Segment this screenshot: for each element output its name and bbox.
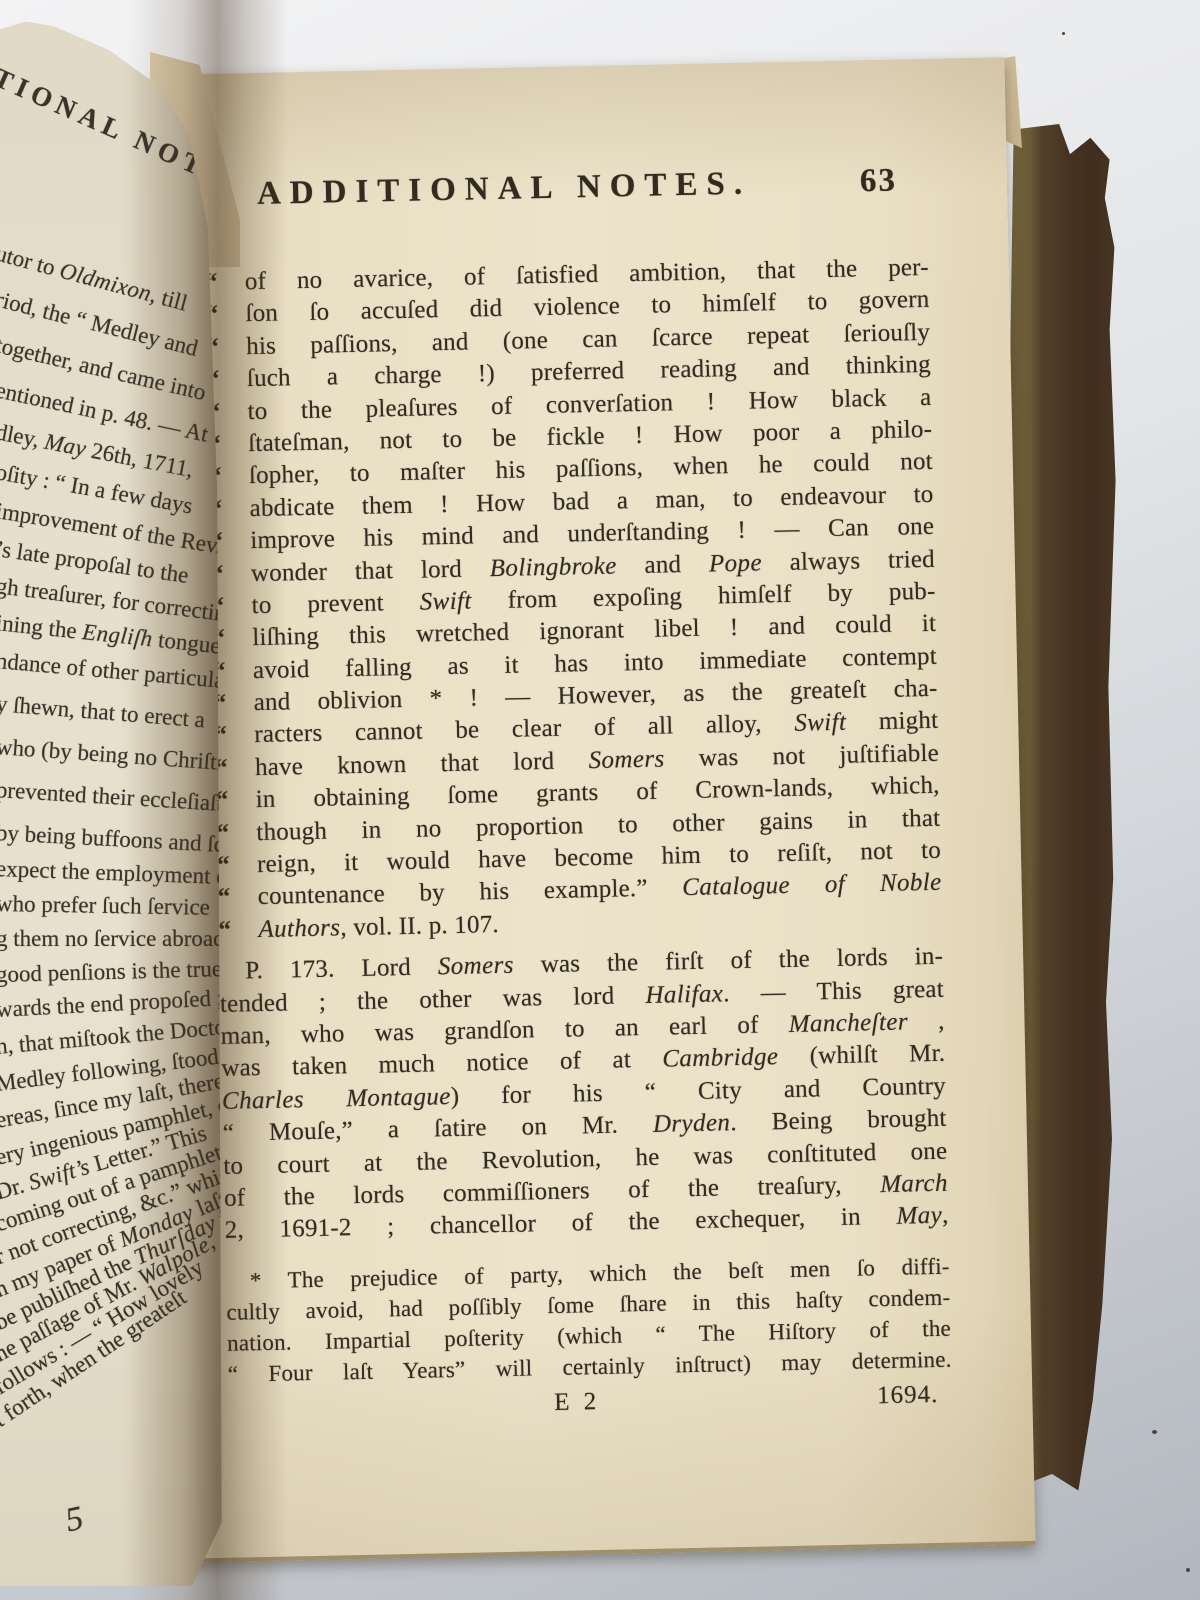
hanging-quote-mark: “ [215,784,256,817]
hanging-quote-mark: “ [216,817,257,850]
left-page-text-line: hat it was ſteady to its pri [0,0,224,22]
running-head: ADDITIONAL NOTES. 63 [254,60,897,213]
hanging-quote-mark: “ [217,849,258,882]
hanging-quote-mark: “ [213,687,254,720]
dust-speck [1186,1568,1190,1572]
left-book-page: ITIONAL NOT 5 utor to Oldmixon, till rio… [0,0,224,1586]
hanging-quote-mark: “ [213,655,254,688]
page-number: 63 [860,163,898,201]
press-figure-year: 1694. [877,1379,939,1413]
gathering-signature: E 2 [554,1386,601,1419]
hanging-quote-mark: “ [214,720,255,753]
left-page-text-line: g them no ſervice abroad ; [0,926,224,952]
body-text: “ of no avarice, of ſatisfied ambition, … [205,252,953,1428]
left-signature-mark: 5 [62,1500,87,1541]
right-page-surface: ADDITIONAL NOTES. 63 “ of no avarice, of… [153,57,1036,1559]
hanging-quote-mark: “ [212,622,253,655]
book-photo: ADDITIONAL NOTES. 63 “ of no avarice, of… [0,0,1200,1600]
hanging-quote-mark: “ [218,914,259,947]
right-book-page: ADDITIONAL NOTES. 63 “ of no avarice, of… [153,57,1036,1563]
quoted-passage: “ of no avarice, of ſatisfied ambition, … [205,252,943,947]
left-page-text-line: prevented their eccleſiaſtical [0,777,224,823]
dust-speck [1062,32,1065,35]
hanging-quote-mark: “ [217,881,258,914]
left-page-text-line: ivility, conſcious of an honeſt [0,0,224,22]
note-paragraph: P. 173. Lord Somers was the firſt of the… [219,941,949,1248]
left-page-text-line: who prefer ſuch ſervice [0,891,224,923]
page-title: ADDITIONAL NOTES. [257,166,752,213]
left-page-text-line: expect the employment of [0,856,224,894]
hanging-quote-mark: “ [215,752,256,785]
left-page-text-line: who (by being no Chriſtian [0,734,224,783]
dust-speck [1152,1430,1157,1434]
left-page-text-line: good penſions is the true [0,953,224,988]
left-page-text-line: y ſhewn, that to erect a [0,691,224,743]
hanging-quote-mark: “ [205,266,246,299]
footnote: * The prejudice of party, which the beſt… [225,1250,951,1389]
